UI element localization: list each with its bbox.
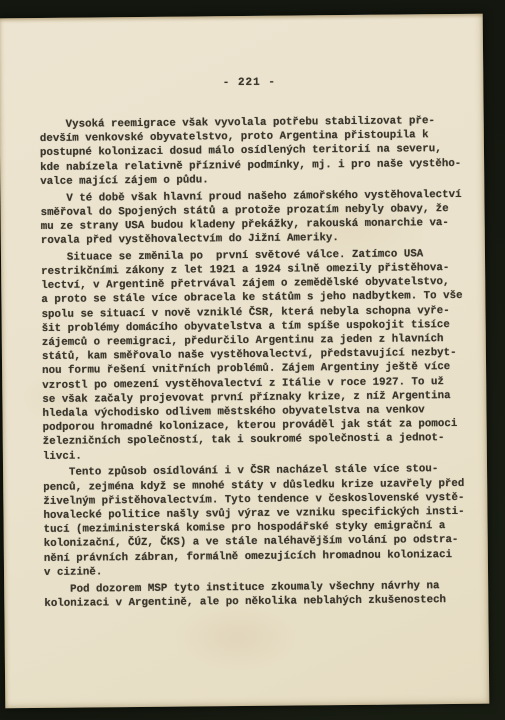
document-page: - 221 - Vysoká reemigrace však vyvolala … <box>0 14 489 709</box>
paragraph-1: Vysoká reemigrace však vyvolala potřebu … <box>40 114 477 189</box>
paragraph-3: Situace se změnila po první světové válc… <box>41 247 479 464</box>
body-text: Vysoká reemigrace však vyvolala potřebu … <box>40 114 481 614</box>
paragraph-5: Pod dozorem MSP tyto instituce zkoumaly … <box>44 578 480 611</box>
paragraph-2: V té době však hlavní proud našeho zámoř… <box>40 187 477 248</box>
page-number: - 221 - <box>39 74 459 92</box>
paragraph-4: Tento způsob osídlování i v ČSR nacházel… <box>43 462 480 580</box>
scanner-background: - 221 - Vysoká reemigrace však vyvolala … <box>0 0 505 720</box>
